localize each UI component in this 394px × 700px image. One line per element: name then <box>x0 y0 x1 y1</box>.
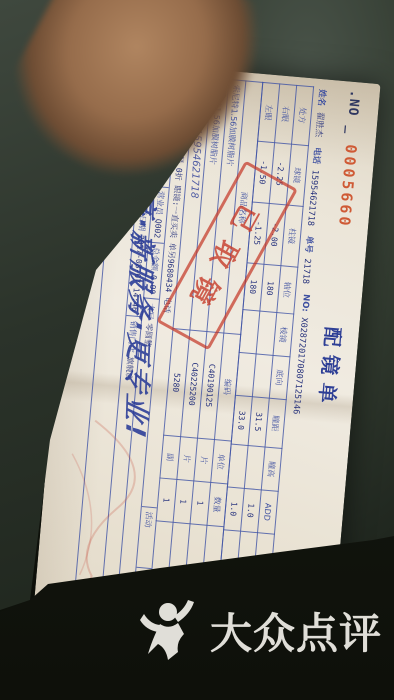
customer-phone: 15954621718 <box>305 169 320 226</box>
customer-phone-label: 电话 <box>310 147 321 165</box>
serial-digits: 0005660 <box>335 144 360 229</box>
customer-name-label: 姓名 <box>315 89 326 107</box>
watermark-text: 大众点评 <box>210 601 382 661</box>
dianping-logo-icon <box>138 598 200 664</box>
order-no: 21718 <box>300 258 312 284</box>
doc-no-label: NO: <box>299 294 311 313</box>
dianping-watermark: 大众点评 <box>138 598 382 664</box>
serial-label: .NO <box>345 89 362 117</box>
order-no-label: 单号 <box>303 235 314 253</box>
page-title: 配镜单 <box>310 293 356 445</box>
customer-name: 翟胜杰 <box>313 111 325 137</box>
xueliang-logo-icon <box>297 549 334 586</box>
serial-underscore: _ <box>343 125 359 135</box>
